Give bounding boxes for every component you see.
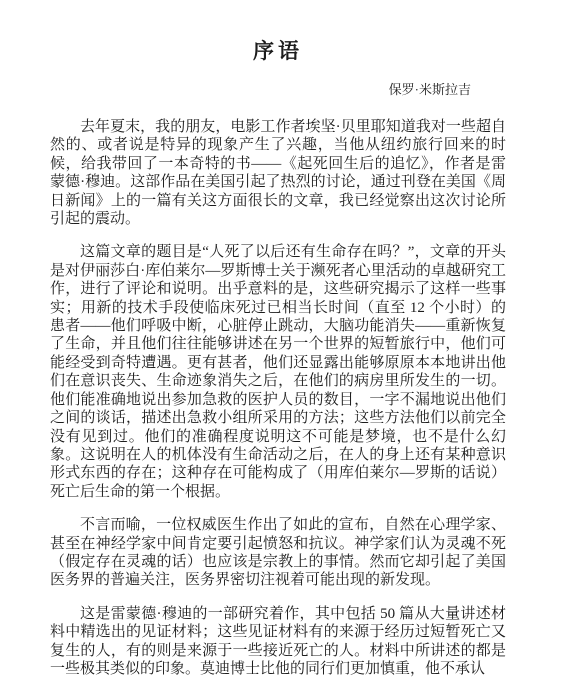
paragraph-3: 不言而喻，一位权威医生作出了如此的宣布，自然在心理学家、甚至在神经学家中间肯定要… bbox=[50, 516, 506, 590]
paragraph-2: 这篇文章的题目是“人死了以后还有生命存在吗？”，文章的开头是对伊丽莎白·库伯莱尔… bbox=[50, 243, 506, 501]
document-body: 去年夏末，我的朋友，电影工作者埃坚·贝里耶知道我对一些超自然的、或者说是特异的现… bbox=[50, 118, 506, 678]
author-line: 保罗·米斯拉吉 bbox=[50, 82, 471, 98]
document-page: 序语 保罗·米斯拉吉 去年夏末，我的朋友，电影工作者埃坚·贝里耶知道我对一些超自… bbox=[0, 0, 562, 699]
paragraph-4: 这是雷蒙德·穆迪的一部研究着作，其中包括 50 篇从大量讲述材料中精选出的见证材… bbox=[50, 605, 506, 679]
page-title: 序语 bbox=[50, 38, 506, 64]
paragraph-1: 去年夏末，我的朋友，电影工作者埃坚·贝里耶知道我对一些超自然的、或者说是特异的现… bbox=[50, 118, 506, 228]
